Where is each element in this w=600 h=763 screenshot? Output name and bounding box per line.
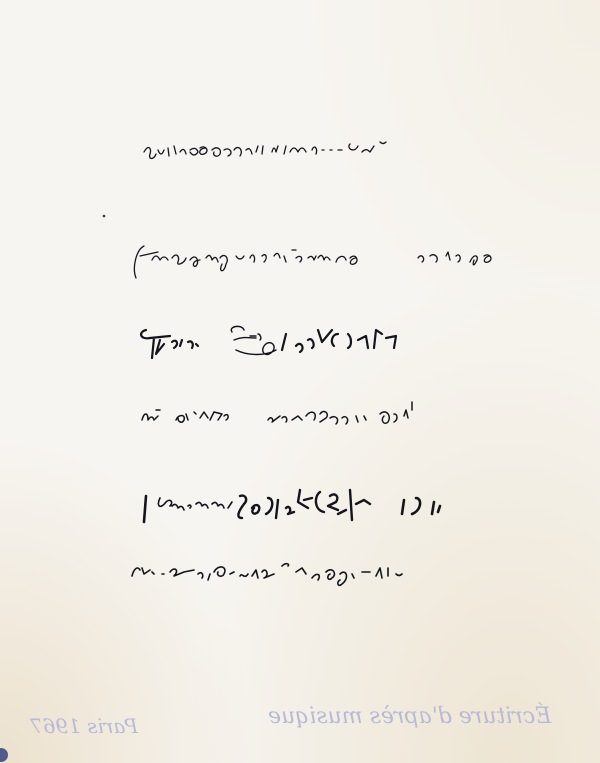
mirrored-caption: Écriture d'après musique — [268, 704, 551, 729]
ink-dot — [0, 0, 600, 763]
paper-sheet: Écriture d'après musique Paris 1967 — [0, 0, 600, 763]
mirrored-place-date: Paris 1967 — [30, 714, 138, 738]
